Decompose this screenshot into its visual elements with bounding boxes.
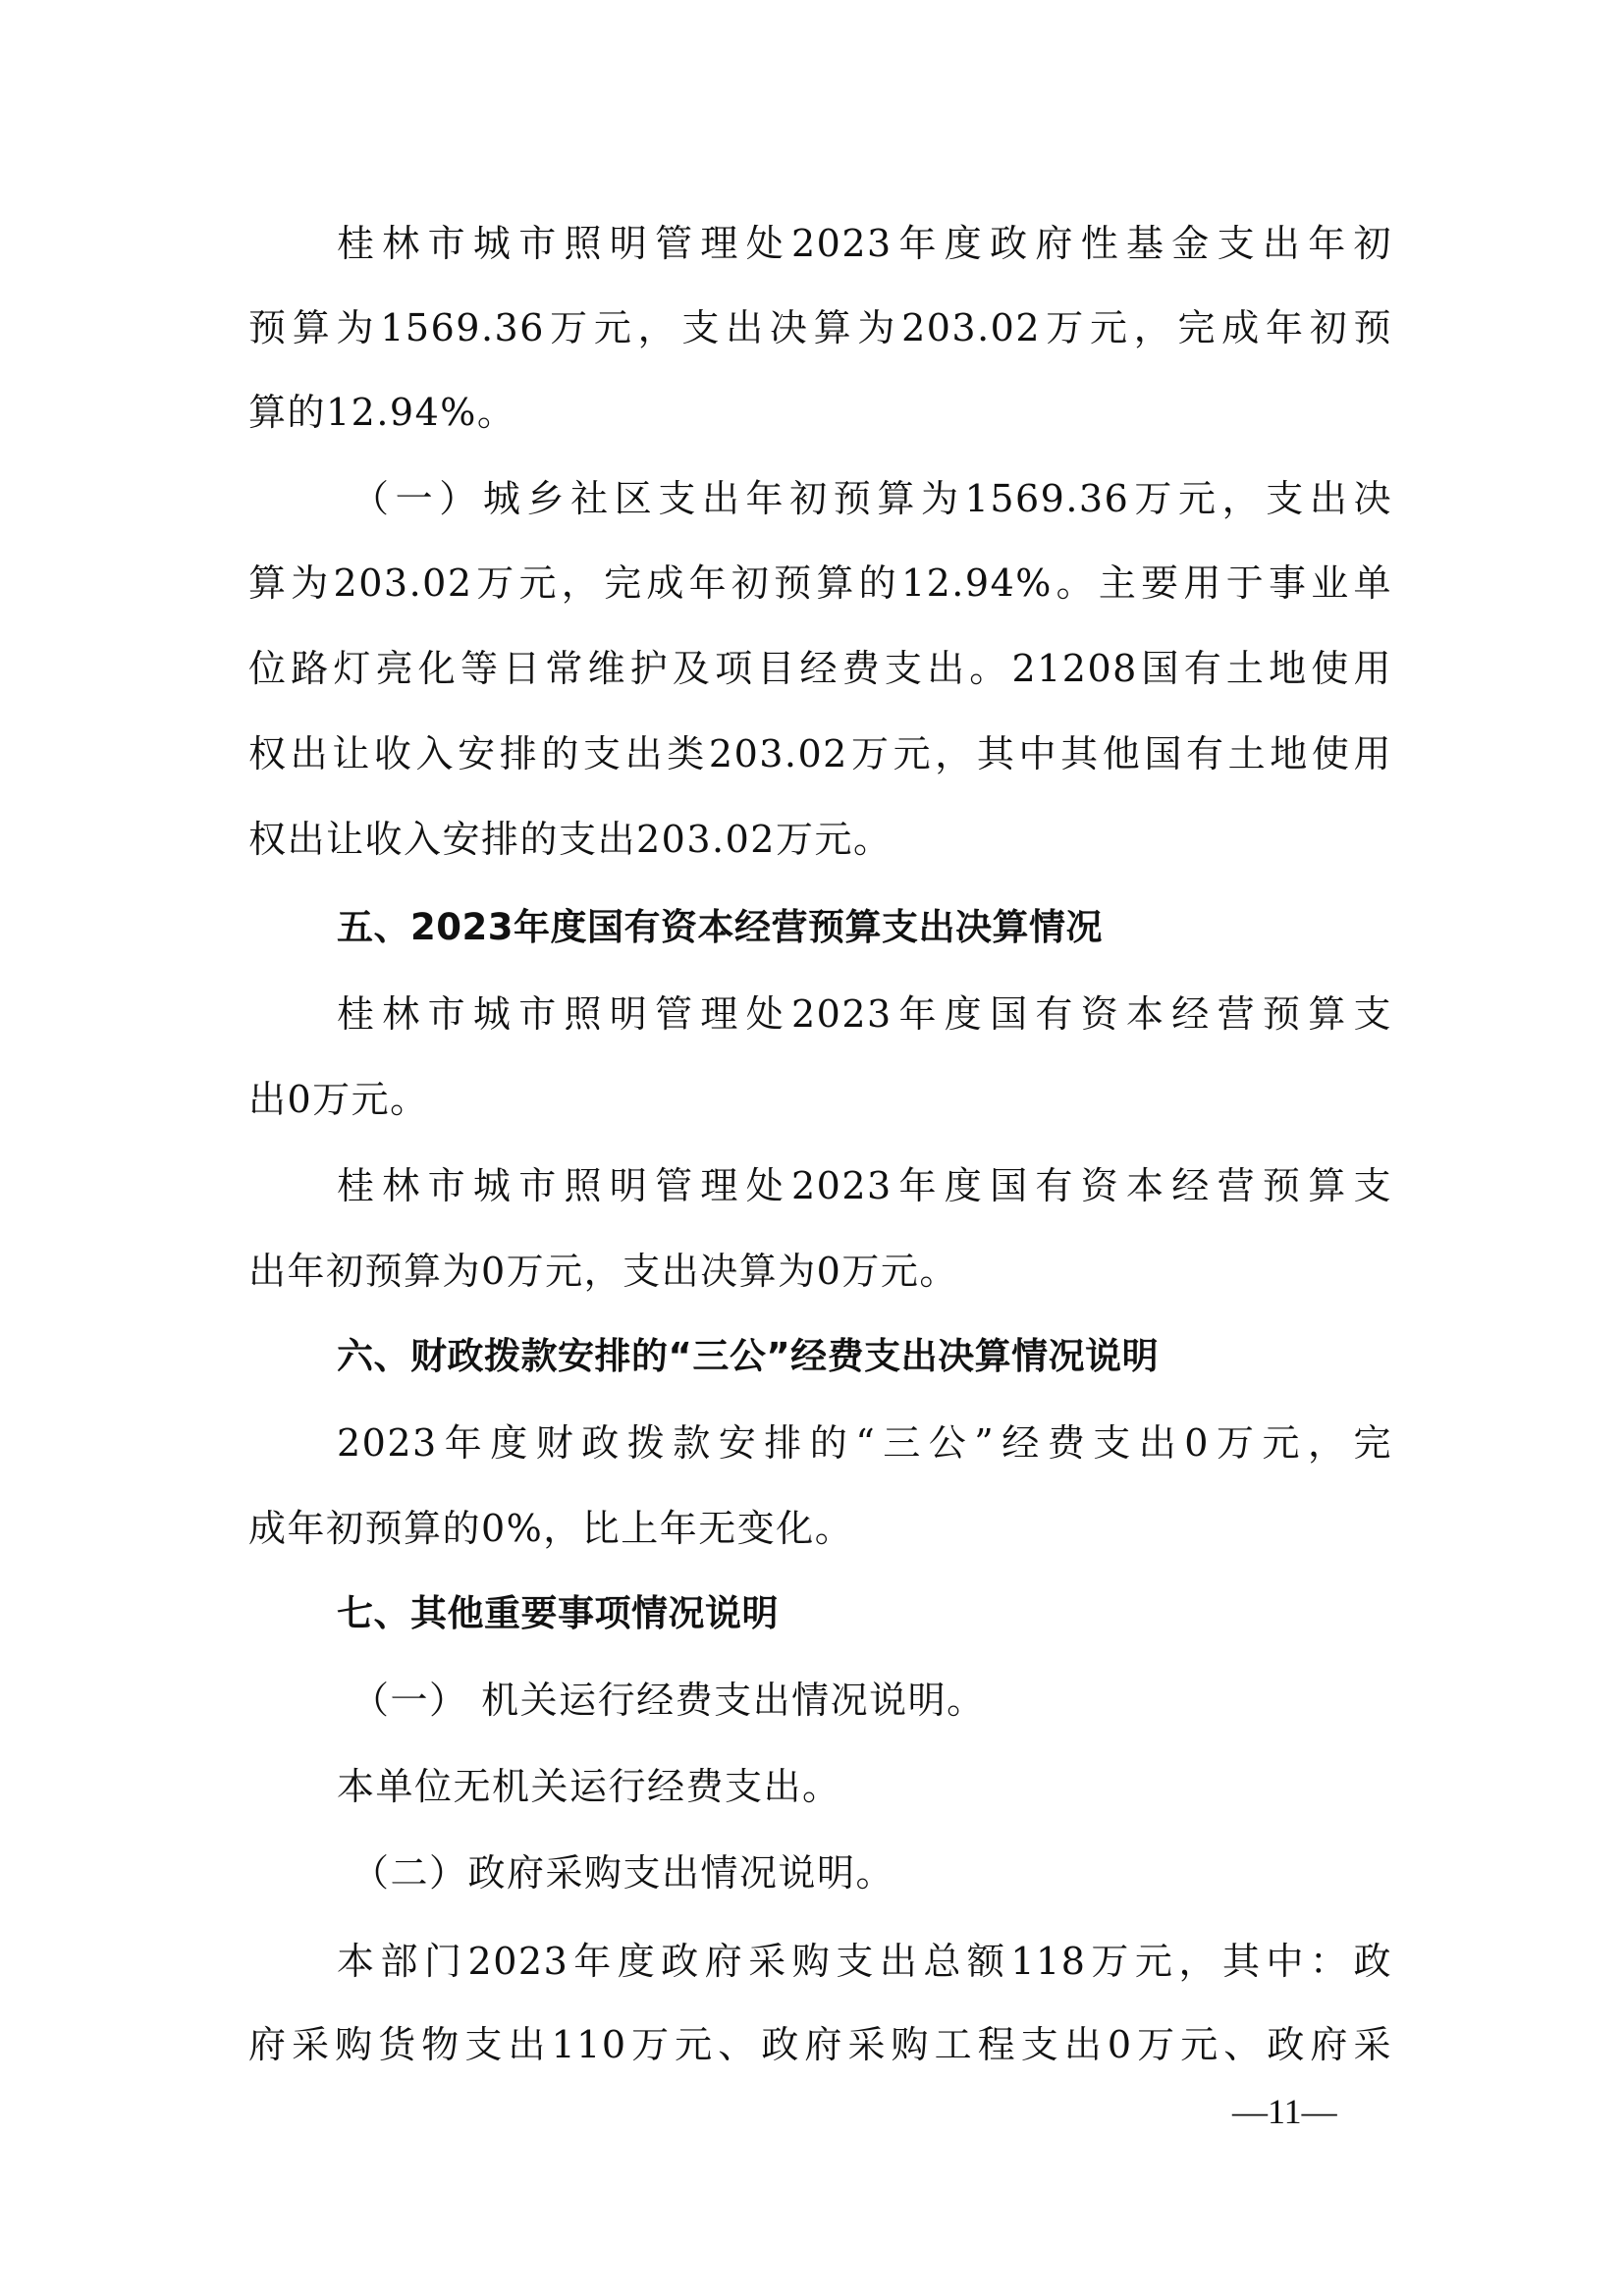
paragraph-line: 位路灯亮化等日常维护及项目经费支出。21208国有土地使用	[248, 639, 1392, 698]
paragraph-line: 出0万元。	[248, 1070, 1392, 1129]
paragraph-line: 权出让收入安排的支出类203.02万元，其中其他国有土地使用	[248, 724, 1392, 783]
section-heading-6: 六、财政拨款安排的“三公”经费支出决算情况说明	[337, 1327, 1392, 1386]
paragraph-line: 本单位无机关运行经费支出。	[337, 1757, 1392, 1816]
paragraph-line: 府采购货物支出110万元、政府采购工程支出0万元、政府采	[248, 2015, 1392, 2074]
paragraph-line: （一）城乡社区支出年初预算为1569.36万元，支出决	[352, 469, 1392, 528]
paragraph-line: 权出让收入安排的支出203.02万元。	[248, 810, 1392, 869]
paragraph-line: 桂林市城市照明管理处2023年度国有资本经营预算支	[337, 985, 1392, 1043]
section-heading-5: 五、2023年度国有资本经营预算支出决算情况	[337, 898, 1392, 957]
paragraph-line: 算的12.94%。	[248, 383, 1392, 442]
paragraph-line: 本部门2023年度政府采购支出总额118万元，其中：政	[337, 1932, 1392, 1991]
paragraph-line: 算为203.02万元，完成年初预算的12.94%。主要用于事业单	[248, 554, 1392, 613]
paragraph-line: 预算为1569.36万元，支出决算为203.02万元，完成年初预	[248, 298, 1392, 357]
subsection-heading: （二）政府采购支出情况说明。	[352, 1843, 1392, 1902]
section-heading-7: 七、其他重要事项情况说明	[337, 1584, 1392, 1643]
paragraph-line: 成年初预算的0%，比上年无变化。	[248, 1499, 1392, 1558]
page-number: —11—	[1232, 2091, 1337, 2132]
paragraph-line: 桂林市城市照明管理处2023年度政府性基金支出年初	[337, 214, 1392, 273]
subsection-heading: （一） 机关运行经费支出情况说明。	[352, 1671, 1392, 1730]
document-page: 桂林市城市照明管理处2023年度政府性基金支出年初 预算为1569.36万元，支…	[0, 0, 1624, 2296]
paragraph-line: 出年初预算为0万元，支出决算为0万元。	[248, 1242, 1392, 1301]
paragraph-line: 桂林市城市照明管理处2023年度国有资本经营预算支	[337, 1156, 1392, 1215]
paragraph-line: 2023年度财政拨款安排的“三公”经费支出0万元，完	[337, 1414, 1392, 1472]
